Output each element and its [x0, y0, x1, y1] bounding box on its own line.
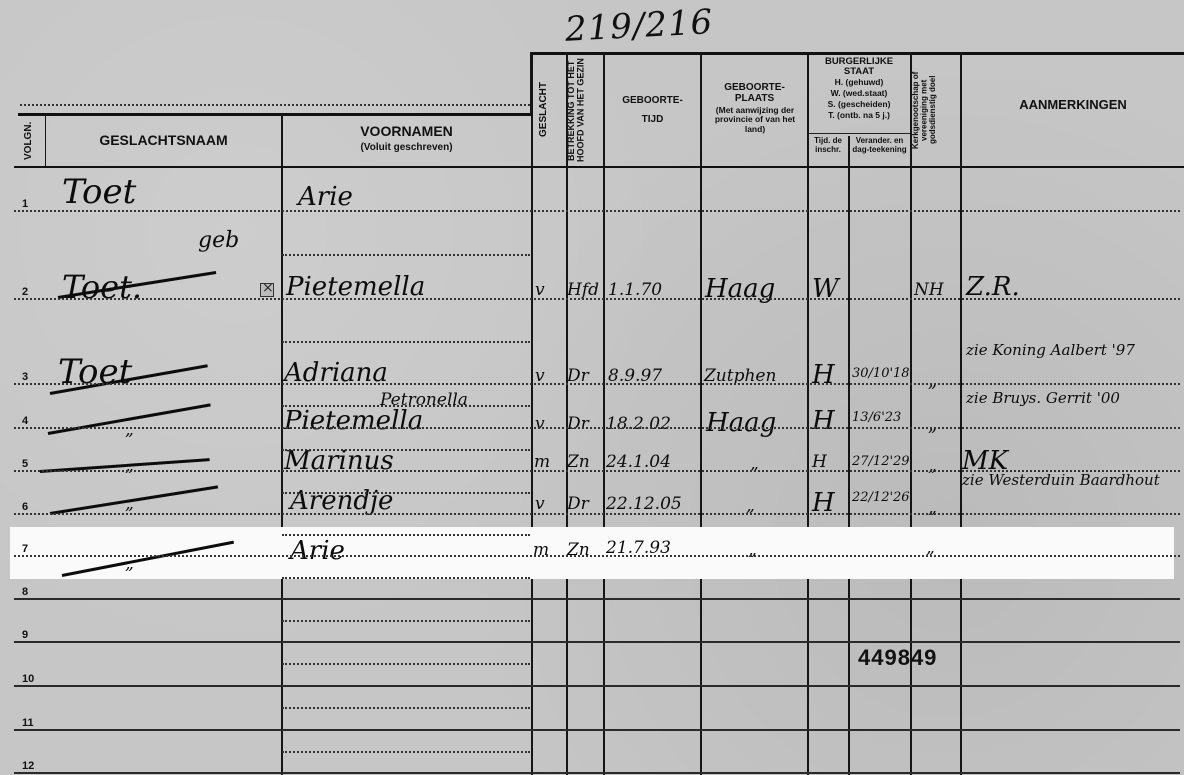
marked-checkbox-icon	[260, 283, 274, 297]
entry-4-church: „	[928, 416, 937, 436]
header-geboorteplaats-2: PLAATS	[702, 93, 807, 104]
row-line	[14, 772, 1180, 774]
entry-3-civil-date: 30/10'18	[852, 366, 910, 381]
voornamen-subline	[282, 751, 530, 753]
row-line	[14, 685, 1180, 687]
header-voornamen-sub: (Voluit geschreven)	[283, 142, 530, 153]
row-line	[14, 555, 1180, 557]
header-kerkgenootschap: Kerkgenootschap of vereeniging met godsd…	[912, 56, 959, 164]
col-divider	[807, 52, 809, 775]
row-line	[14, 470, 1180, 472]
voornamen-subline	[282, 663, 530, 665]
header-geboorteplaats-1: GEBOORTE-	[702, 82, 807, 93]
row-number: 1	[22, 198, 28, 210]
header-bottom-line	[14, 166, 1184, 168]
entry-4-sex: v	[535, 414, 545, 434]
row-number: 7	[22, 543, 28, 555]
entry-4-civil-date: 13/6'23	[852, 410, 901, 425]
header-burgerlijke-staat-t: T. (ontb. na 5 j.)	[809, 111, 909, 120]
entry-1-surname: Toet	[62, 172, 136, 212]
row-number: 6	[22, 501, 28, 513]
row-number: 11	[22, 717, 34, 729]
entry-5-civil-date: 27/12'29	[852, 454, 910, 469]
voornamen-subline	[282, 254, 530, 256]
row-line	[14, 210, 1180, 212]
row-line	[14, 298, 1180, 300]
header-burgerlijke-staat-s: S. (gescheiden)	[809, 100, 909, 109]
row-line	[14, 729, 1180, 731]
voornamen-subline	[282, 341, 530, 343]
row-number: 3	[22, 371, 28, 383]
entry-2-birth-date: 1.1.70	[608, 280, 662, 300]
entry-4-relation: Dr	[567, 414, 589, 434]
strikethrough	[50, 485, 218, 515]
row-number: 4	[22, 415, 28, 427]
row-number: 8	[22, 586, 28, 598]
entry-5-surname: „	[125, 456, 134, 476]
voornamen-subline	[282, 492, 530, 494]
entry-7-given: Arie	[290, 536, 345, 566]
col-divider	[700, 52, 702, 775]
header-voornamen: VOORNAMEN	[283, 124, 530, 139]
row-line	[14, 598, 1180, 600]
col-divider	[281, 114, 283, 775]
reference-number: 219/216	[564, 2, 714, 50]
col-divider	[848, 136, 850, 775]
header-geslacht: GESLACHT	[539, 60, 559, 160]
row-line	[14, 513, 1180, 515]
entry-5-civil: H	[812, 452, 827, 472]
row-number: 2	[22, 286, 28, 298]
entry-7-sex: m	[533, 540, 549, 560]
entry-6-sex: v	[535, 494, 545, 514]
header-burgerlijke-staat-h: H. (gehuwd)	[809, 78, 909, 87]
entry-4-given: Pietemella	[284, 406, 423, 436]
header-geboortetijd-2: TIJD	[605, 114, 700, 125]
entry-3-civil: H	[812, 360, 835, 390]
entry-7-surname: „	[125, 554, 134, 574]
row-number: 12	[22, 760, 34, 772]
entry-2-relation: Hfd	[567, 280, 599, 300]
registration-card: 219/216 VOLGN. GESLACHTSNAAM VOORNAMEN (…	[0, 0, 1184, 775]
entry-5-relation: Zn	[567, 452, 590, 472]
col-divider	[531, 52, 533, 775]
header-tijd-inschr: Tijd. de inschr.	[809, 137, 847, 155]
entry-6-relation: Dr	[567, 494, 589, 514]
row-line	[14, 641, 1180, 643]
entry-6-given: Arendje	[290, 486, 393, 516]
entry-7-relation: Zn	[567, 540, 590, 560]
entry-3-remarks: zie Koning Aalbert '97	[966, 340, 1166, 362]
voornamen-subline	[282, 707, 530, 709]
entry-3-church: „	[928, 372, 937, 392]
top-dotted-line	[20, 104, 530, 106]
entry-6-church: „	[928, 498, 937, 518]
row-number: 10	[22, 673, 34, 685]
header-geboortetijd-1: GEBOORTE-	[605, 95, 700, 106]
header-geslachtsnaam: GESLACHTSNAAM	[47, 133, 280, 148]
entry-4-civil: H	[812, 406, 835, 436]
frame-top-left	[18, 113, 533, 116]
col-divider	[45, 114, 46, 166]
entry-2-surname-note: geb	[198, 228, 239, 253]
entry-6-surname: „	[125, 494, 134, 514]
subheader-line	[808, 133, 910, 134]
entry-4-surname: „	[125, 420, 134, 440]
entry-5-sex: m	[534, 452, 550, 472]
header-verander: Verander. en dag-teekening	[850, 137, 909, 155]
header-burgerlijke-staat-w: W. (wed.staat)	[809, 89, 909, 98]
voornamen-subline	[282, 577, 530, 579]
stamp-number: 449849	[858, 645, 937, 671]
entry-2-church: NH	[914, 280, 944, 300]
entry-6-birth-date: 22.12.05	[606, 494, 682, 514]
header-aanmerkingen: AANMERKINGEN	[962, 98, 1184, 112]
entry-4-birth-place: Haag	[706, 408, 776, 438]
voornamen-subline	[282, 534, 530, 536]
header-geboorteplaats-sub: (Met aanwijzing der provincie of van het…	[706, 106, 804, 134]
voornamen-subline	[282, 405, 530, 407]
col-divider	[960, 52, 962, 775]
row-number: 5	[22, 458, 28, 470]
header-burgerlijke-staat-2: STAAT	[809, 67, 909, 77]
entry-1-given: Arie	[298, 182, 353, 212]
entry-6-remarks: zie Westerduin Baardhout	[962, 470, 1182, 492]
entry-5-birth-date: 24.1.04	[606, 452, 671, 472]
col-divider	[603, 52, 605, 775]
entry-4-birth-date: 18.2.02	[606, 414, 671, 434]
entry-5-church: „	[928, 456, 937, 476]
frame-top-right	[530, 52, 1184, 55]
voornamen-subline	[282, 449, 530, 451]
header-volgnummer: VOLGN.	[24, 118, 40, 163]
voornamen-subline	[282, 620, 530, 622]
entry-4-remarks: zie Bruys. Gerrit '00	[966, 388, 1166, 410]
entry-7-birth-place: „	[748, 540, 757, 560]
header-betrekking: BETREKKING TOT HET HOOFD VAN HET GEZIN	[567, 58, 603, 163]
row-line	[14, 383, 1180, 385]
row-line	[14, 427, 1180, 429]
entry-6-civil-date: 22/12'26	[852, 490, 910, 505]
row-number: 9	[22, 629, 28, 641]
entry-2-sex: v	[535, 280, 545, 300]
